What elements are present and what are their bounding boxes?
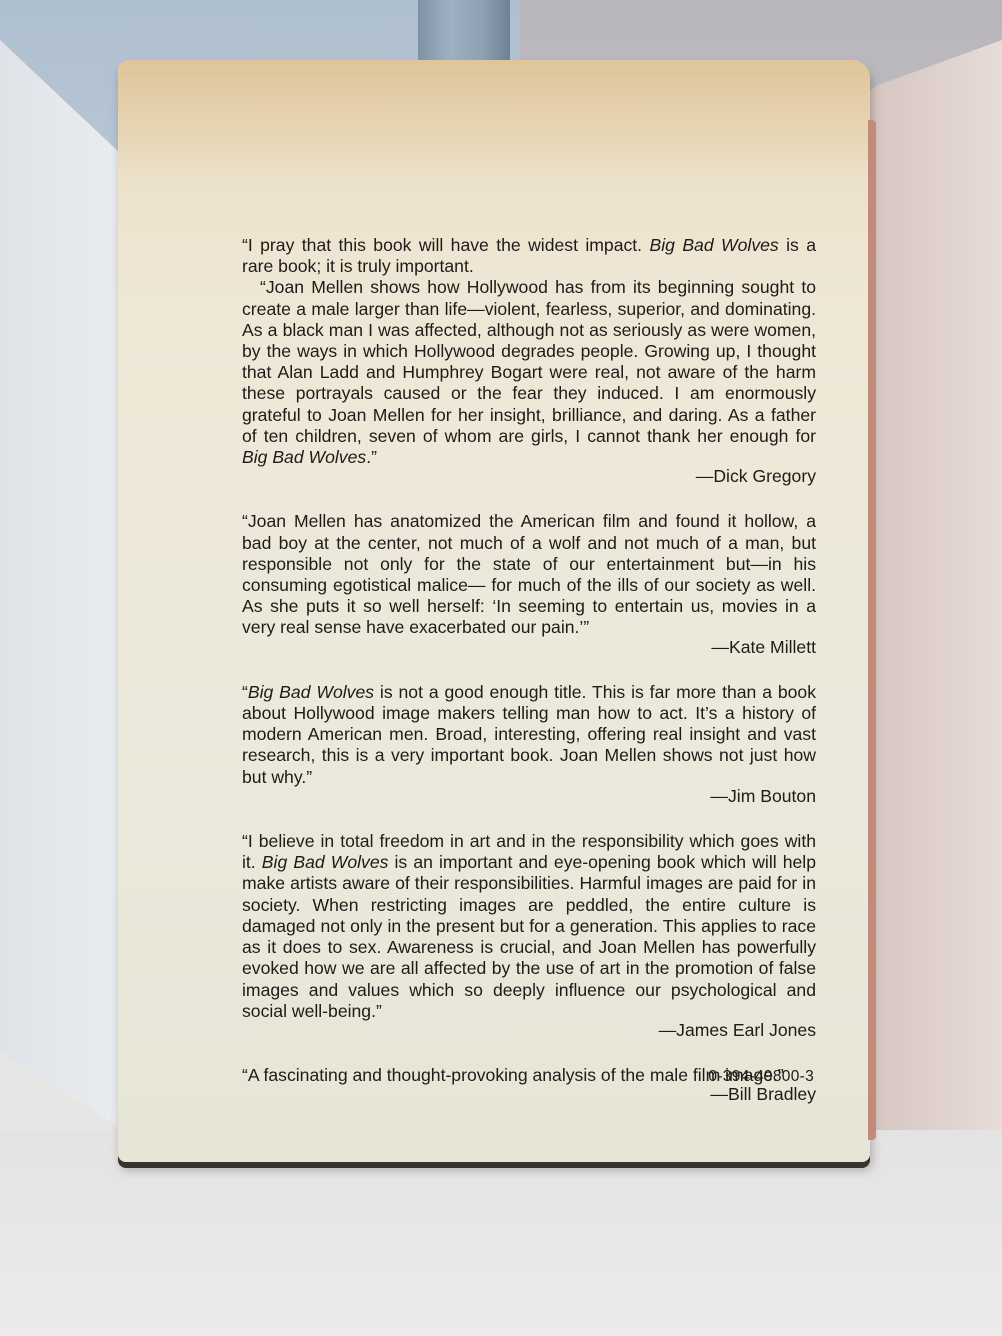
book-back-cover: “I pray that this book will have the wid… — [118, 60, 870, 1162]
blurb-attribution: —James Earl Jones — [242, 1020, 816, 1041]
blurb-paragraph: “Joan Mellen has anatomized the American… — [242, 511, 816, 638]
blurb-paragraph: “Big Bad Wolves is not a good enough tit… — [242, 682, 816, 788]
blurb-attribution: —Jim Bouton — [242, 786, 816, 807]
blurb-paragraph: “I pray that this book will have the wid… — [242, 235, 816, 277]
cover-edge — [868, 120, 876, 1140]
blurb-james-earl-jones: “I believe in total freedom in art and i… — [242, 831, 816, 1041]
blurb-jim-bouton: “Big Bad Wolves is not a good enough tit… — [242, 682, 816, 807]
isbn-number: 0-394-49800-3 — [708, 1068, 814, 1086]
blurb-attribution: —Dick Gregory — [242, 466, 816, 487]
blurb-attribution: —Kate Millett — [242, 637, 816, 658]
blurb-attribution: —Bill Bradley — [242, 1084, 816, 1105]
blurb-paragraph: “Joan Mellen shows how Hollywood has fro… — [242, 277, 816, 468]
blurbs-section: “I pray that this book will have the wid… — [242, 235, 816, 1130]
blurb-dick-gregory: “I pray that this book will have the wid… — [242, 235, 816, 487]
blurb-paragraph: “I believe in total freedom in art and i… — [242, 831, 816, 1022]
blurb-kate-millett: “Joan Mellen has anatomized the American… — [242, 511, 816, 657]
